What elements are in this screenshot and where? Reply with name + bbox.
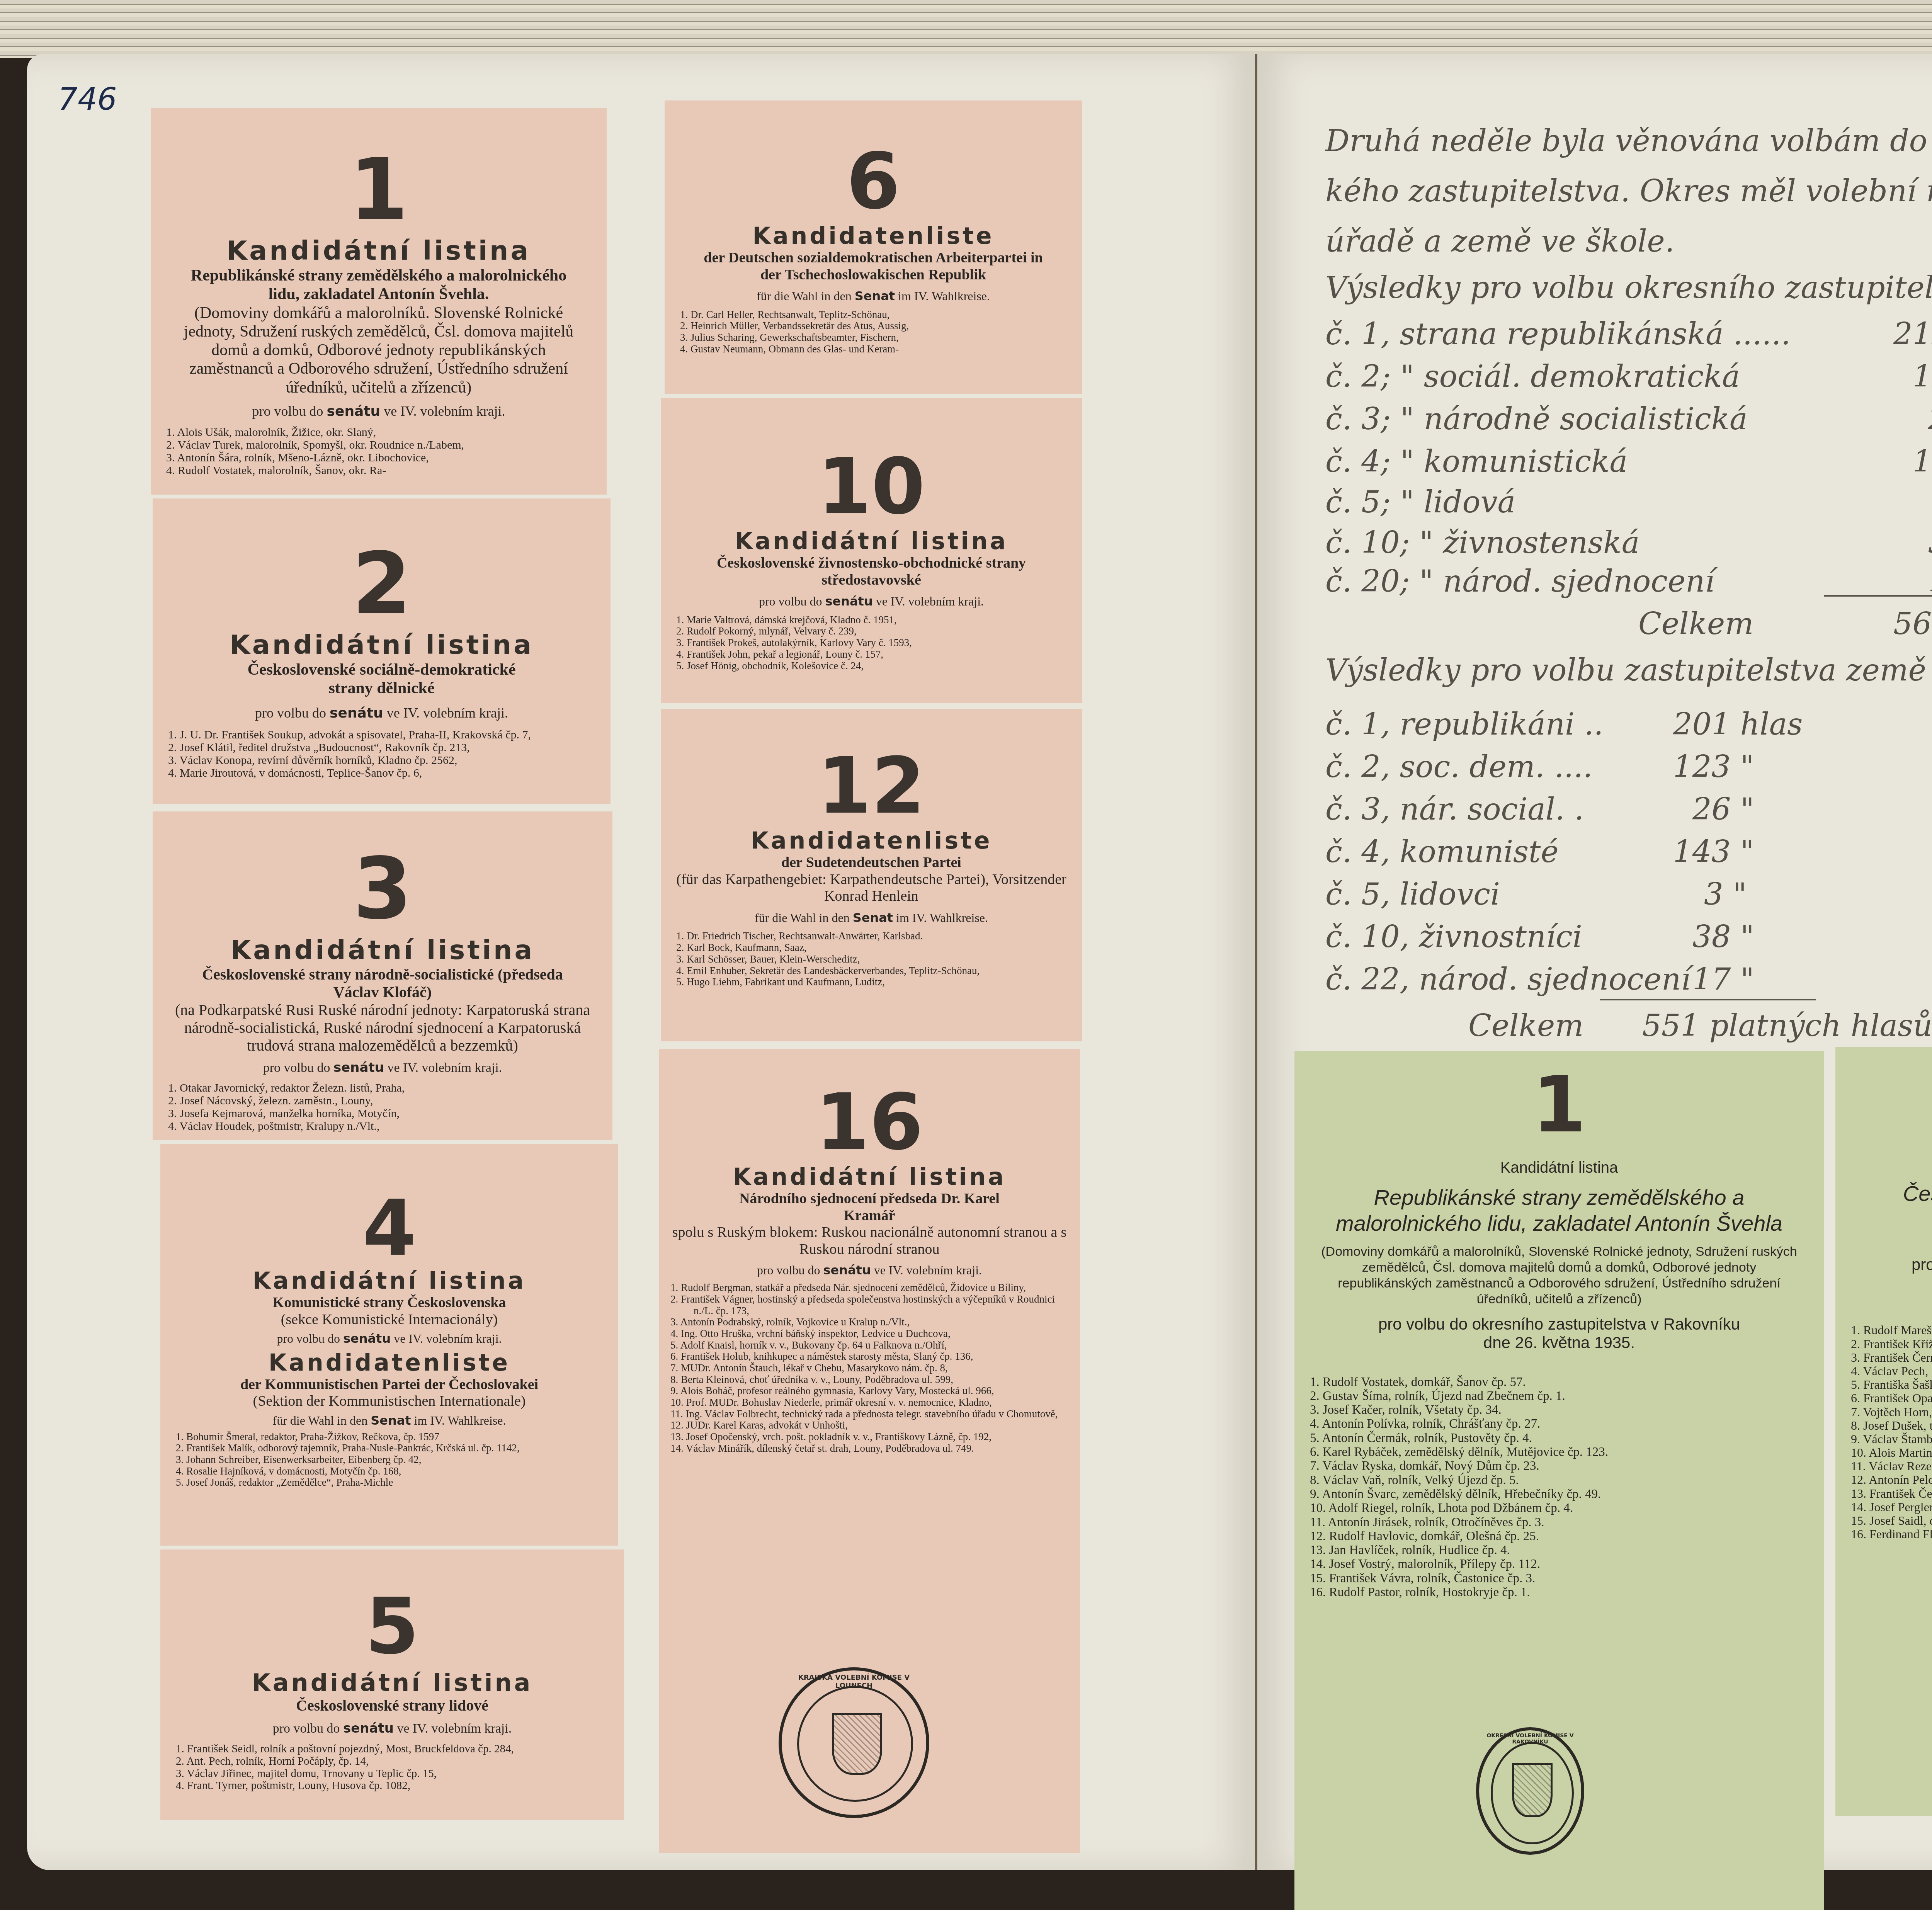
candidate-list: 1. Bohumír Šmeral, redaktor, Praha-Žižko… <box>160 1431 618 1488</box>
candidate: 5. Adolf Knaisl, horník v. v., Bukovany … <box>670 1340 1068 1351</box>
candidate: 4. Rudolf Vostatek, malorolník, Šanov, o… <box>166 464 591 477</box>
stamp-text: KRAJSKÁ VOLEBNÍ KOMISE V LOUNECH <box>782 1674 926 1690</box>
candidate-list: 1. Rudolf Mareš, býv. předseda okr. spr.… <box>1835 1323 1932 1541</box>
election-line: für die Wahl in den Senat im IV. Wahlkre… <box>665 289 1082 303</box>
ballot-heading-german: Kandidatenliste <box>160 1349 618 1376</box>
ballot-number: 1 <box>151 147 607 232</box>
ballot-clipping-10: 10 Kandidátní listina Československé živ… <box>661 398 1082 703</box>
ballot-number: 2 <box>1835 1063 1932 1140</box>
candidate: 6. Karel Rybáček, zemědělský dělník, Mut… <box>1310 1445 1808 1459</box>
party-description: (sekce Komunistické Internacionály) <box>160 1311 618 1328</box>
ballot-number: 5 <box>160 1588 624 1665</box>
candidate: 7. MUDr. Antonín Štauch, lékař v Chebu, … <box>670 1362 1068 1374</box>
candidate: 4. Václav Houdek, poštmistr, Kralupy n./… <box>168 1120 597 1133</box>
ballot-heading: Kandidátní listina <box>160 1267 618 1294</box>
candidate-list: 1. Dr. Friedrich Tischer, Rechtsanwalt-A… <box>661 930 1082 988</box>
election-line: pro volbu do senátu ve IV. volebním kraj… <box>153 705 611 721</box>
candidate: 5. Josef Jonáš, redaktor „Zemědělce“, Pr… <box>176 1477 603 1488</box>
ballot-clipping-2: 2 Kandidátní listina Československé soci… <box>153 498 611 804</box>
election-line: pro volbu do okresního zastupitelstva v … <box>1294 1315 1824 1333</box>
candidate: 5. Josef Hönig, obchodník, Kolešovice č.… <box>676 660 1066 672</box>
party-name: Národního sjednocení předseda Dr. Karel … <box>659 1191 1080 1224</box>
candidate: 8. Berta Kleinová, choť úředníka v. v., … <box>670 1374 1068 1386</box>
candidate: 3. Julius Scharing, Gewerkschaftsbeamter… <box>680 332 1066 344</box>
candidate: 14. Josef Pergler, strojník, Lubná čp. 1… <box>1851 1500 1932 1514</box>
party-name: Republikánské strany zemědělského a malo… <box>1294 1184 1824 1236</box>
candidate: 7. Vojtěch Horn, předseda župního výboru… <box>1851 1405 1932 1419</box>
candidate: 9. Václav Štambach, želez. zřízenec v. v… <box>1851 1432 1932 1446</box>
candidate: 4. Václav Pech, hutník, Hudlice čp. 274. <box>1851 1364 1932 1378</box>
candidate: 3. Josef Kačer, rolník, Všetaty čp. 34. <box>1310 1403 1808 1417</box>
candidate: 4. Rosalie Hajníková, v domácnosti, Moty… <box>176 1466 603 1477</box>
candidate: 1. Rudolf Bergman, statkář a předseda Ná… <box>670 1282 1068 1294</box>
candidate-list: 1. Rudolf Vostatek, domkář, Šanov čp. 57… <box>1294 1375 1824 1600</box>
candidate: 2. Gustav Šíma, rolník, Újezd nad Zbečne… <box>1310 1389 1808 1403</box>
party-name: der Deutschen sozialdemokratischen Arbei… <box>665 250 1082 283</box>
ballot-number: 12 <box>661 748 1082 825</box>
candidate: 3. Karl Schösser, Bauer, Klein-Werschedi… <box>676 954 1066 965</box>
party-description: (na Podkarpatské Rusi Ruské národní jedn… <box>153 1001 612 1054</box>
ballot-number: 16 <box>659 1084 1080 1161</box>
candidate-list: 1. Rudolf Bergman, statkář a předseda Ná… <box>659 1282 1080 1454</box>
ballot-heading: Kandidátní listina <box>1835 1155 1932 1173</box>
candidate: 3. Johann Schreiber, Eisenwerksarbeiter,… <box>176 1454 603 1466</box>
candidate: 4. Ing. Otto Hruška, vrchní báňský inspe… <box>670 1328 1068 1340</box>
candidate: 12. Rudolf Havlovic, domkář, Olešná čp. … <box>1310 1529 1808 1543</box>
candidate: 2. Rudolf Pokorný, mlynář, Velvary č. 23… <box>676 626 1066 637</box>
book-gutter <box>1255 54 1257 1870</box>
election-line: pro volbu do senátu ve IV. volebním kraj… <box>160 1721 624 1737</box>
candidate: 2. František Vágner, hostinský a předsed… <box>670 1294 1068 1316</box>
ballot-number: 10 <box>661 448 1082 526</box>
candidate: 1. Dr. Friedrich Tischer, Rechtsanwalt-A… <box>676 930 1066 942</box>
candidate: 2. Josef Nácovský, železn. zaměstn., Lou… <box>168 1094 597 1107</box>
party-name: Komunistické strany Československa <box>160 1294 618 1311</box>
candidate: 5. Antonín Čermák, rolník, Pustověty čp.… <box>1310 1431 1808 1445</box>
candidate: 1. Alois Ušák, malorolník, Žižice, okr. … <box>166 426 591 439</box>
coat-of-arms-icon <box>832 1713 882 1775</box>
party-name: Československé živnostensko-obchodnické … <box>661 555 1082 588</box>
party-description: (für das Karpathengebiet: Karpathendeuts… <box>661 871 1082 905</box>
ballot-heading: Kandidátní listina <box>1294 1159 1824 1177</box>
election-line: pro volbu do senátu ve IV. volebním kraj… <box>661 594 1082 609</box>
open-ledger-book: 746 747 1 Kandidátní listina Republikáns… <box>0 0 1932 1910</box>
election-line: pro volbu do okresního zastupitelstva v … <box>1835 1255 1932 1274</box>
candidate: 2. František Kříž, truhlářský dělník, Ra… <box>1851 1337 1932 1351</box>
candidate: 16. Ferdinand Fleisner, tajemník, Rakovn… <box>1851 1527 1932 1541</box>
candidate: 3. František Prokeš, autolakýrník, Karlo… <box>676 637 1066 649</box>
candidate: 4. Marie Jiroutová, v domácnosti, Teplic… <box>168 767 595 779</box>
election-line: pro volbu do senátu ve IV. volebním kraj… <box>160 1331 618 1346</box>
candidate: 9. Antonín Švarc, zemědělský dělník, Hře… <box>1310 1487 1808 1501</box>
election-line: pro volbu do senátu ve IV. volebním kraj… <box>151 403 607 420</box>
ballot-clipping-5: 5 Kandidátní listina Československé stra… <box>160 1549 624 1820</box>
candidate: 15. František Vávra, rolník, Častonice č… <box>1310 1572 1808 1585</box>
ballot-number: 6 <box>665 143 1082 220</box>
election-line: pro volbu do senátu ve IV. volebním kraj… <box>659 1263 1080 1277</box>
party-name-german: der Kommunistischen Partei der Čechoslov… <box>160 1376 618 1393</box>
candidate: 16. Rudolf Pastor, rolník, Hostokryje čp… <box>1310 1585 1808 1599</box>
handwritten-intro-line: Druhá neděle byla věnována volbám do okr… <box>1325 124 1932 158</box>
party-description: (Domoviny domkářů a malorolníků. Slovens… <box>151 304 607 397</box>
regional-election-commission-stamp: KRAJSKÁ VOLEBNÍ KOMISE V LOUNECH <box>779 1667 929 1818</box>
ballot-clipping-12: 12 Kandidatenliste der Sudetendeutschen … <box>661 709 1082 1041</box>
left-page-number: 746 <box>58 81 117 117</box>
candidate: 11. Václav Rezek, zedník, Malé Slabce čp… <box>1851 1459 1932 1473</box>
candidate: 10. Adolf Riegel, rolník, Lhota pod Džbá… <box>1310 1501 1808 1515</box>
ballot-clipping-6: 6 Kandidatenliste der Deutschen sozialde… <box>665 100 1082 394</box>
candidate-list: 1. Alois Ušák, malorolník, Žižice, okr. … <box>151 426 607 477</box>
candidate-list: 1. Marie Valtrová, dámská krejčová, Klad… <box>661 614 1082 672</box>
stamp-text: OKRESNÍ VOLEBNÍ KOMISE V RAKOVNÍKU <box>1479 1733 1581 1745</box>
candidate: 3. Josefa Kejmarová, manželka horníka, M… <box>168 1107 597 1120</box>
ballot-heading: Kandidátní listina <box>661 528 1082 555</box>
candidate: 1. František Seidl, rolník a poštovní po… <box>176 1743 609 1755</box>
party-name: Československé sociálně-demokratické str… <box>1835 1180 1932 1232</box>
candidate: 3. Václav Jiřinec, majitel domu, Trnovan… <box>176 1768 609 1780</box>
ballot-heading: Kandidátní listina <box>153 935 612 966</box>
candidate: 11. Antonín Jirásek, rolník, Otročíněves… <box>1310 1515 1808 1529</box>
candidate: 5. Hugo Liehm, Fabrikant und Kaufmann, L… <box>676 976 1066 988</box>
candidate: 2. Ant. Pech, rolník, Horní Počáply, čp.… <box>176 1755 609 1768</box>
ballot-clipping-3: 3 Kandidátní listina Československé stra… <box>153 811 612 1140</box>
candidate: 12. Antonín Pelcman, želez. zřízenec v. … <box>1851 1473 1932 1487</box>
candidate: 3. František Černý, domkář, Krupá čp. 60… <box>1851 1351 1932 1364</box>
handwritten-intro-line: úřadě a země ve škole. <box>1325 224 1675 259</box>
candidate-list: 1. Dr. Carl Heller, Rechtsanwalt, Teplit… <box>665 309 1082 355</box>
candidate: 10. Prof. MUDr. Bohuslav Niederle, primá… <box>670 1397 1068 1408</box>
candidate: 2. Heinrich Müller, Verbandssekretär des… <box>680 320 1066 332</box>
candidate: 14. Josef Vostrý, malorolník, Přílepy čp… <box>1310 1557 1808 1571</box>
candidate: 5. Františka Šašková, soukromnice, Rakov… <box>1851 1378 1932 1391</box>
ballot-number: 2 <box>153 541 611 626</box>
party-description: (Domoviny domkářů a malorolníků, Slovens… <box>1294 1244 1824 1307</box>
candidate: 1. Dr. Carl Heller, Rechtsanwalt, Teplit… <box>680 309 1066 321</box>
election-date: dne 26. května 1935. <box>1835 1274 1932 1293</box>
party-name: Československé strany národně-socialisti… <box>153 966 612 1001</box>
candidate: 2. Josef Klátil, ředitel družstva „Budou… <box>168 741 595 754</box>
district-ballot-clipping-1: 1 Kandidátní listina Republikánské stran… <box>1294 1051 1824 1910</box>
candidate: 7. Václav Ryska, domkář, Nový Dům čp. 23… <box>1310 1459 1808 1473</box>
party-name: Československé sociálně-demokratické str… <box>153 660 611 698</box>
candidate: 8. Josef Dušek, textilní dělník, Roztoky… <box>1851 1419 1932 1432</box>
candidate: 12. JUDr. Karel Karas, advokát v Unhošti… <box>670 1420 1068 1431</box>
candidate: 8. Václav Vaň, rolník, Velký Újezd čp. 5… <box>1310 1473 1808 1487</box>
coat-of-arms-icon <box>1512 1763 1553 1817</box>
candidate: 1. Rudolf Mareš, býv. předseda okr. spr.… <box>1851 1323 1932 1337</box>
candidate: 13. František Černý, kovář, Běleč čp. 67… <box>1851 1487 1932 1500</box>
candidate: 4. Frant. Tyrner, poštmistr, Louny, Huso… <box>176 1780 609 1792</box>
candidate-list: 1. Otakar Javornický, redaktor Železn. l… <box>153 1082 612 1133</box>
ballot-heading: Kandidátní listina <box>153 630 611 660</box>
candidate: 9. Alois Boháč, profesor reálného gymnas… <box>670 1385 1068 1397</box>
candidate-list: 1. J. U. Dr. František Soukup, advokát a… <box>153 728 611 779</box>
party-description: spolu s Ruským blokem: Ruskou nacionálně… <box>659 1224 1080 1258</box>
candidate: 2. Karl Bock, Kaufmann, Saaz, <box>676 942 1066 954</box>
candidate: 11. Ing. Václav Folbrecht, technický rad… <box>670 1408 1068 1420</box>
district-results-title: Výsledky pro volbu okresního zastupitels… <box>1325 270 1932 305</box>
ballot-clipping-1: 1 Kandidátní listina Republikánské stran… <box>151 108 607 495</box>
sum-underline <box>1824 595 1932 597</box>
candidate: 4. Antonín Polívka, rolník, Chrášťany čp… <box>1310 1417 1808 1431</box>
election-line: für die Wahl in den Senat im IV. Wahlkre… <box>661 910 1082 925</box>
ballot-number: 3 <box>153 846 612 931</box>
district-ballot-clipping-2: 2 Kandidátní listina Československé soci… <box>1835 1047 1932 1816</box>
ballot-heading: Kandidátní listina <box>151 236 607 266</box>
candidate: 4. Gustav Neumann, Obmann des Glas- und … <box>680 344 1066 355</box>
candidate: 6. František Opatrný, obuvník, Skryje čp… <box>1851 1391 1932 1405</box>
candidate: 4. Emil Enhuber, Sekretär des Landesbäck… <box>676 965 1066 977</box>
candidate: 1. Marie Valtrová, dámská krejčová, Klad… <box>676 614 1066 626</box>
ballot-number: 4 <box>160 1190 618 1267</box>
ballot-clipping-16: 16 Kandidátní listina Národního sjednoce… <box>659 1049 1080 1853</box>
ballot-heading: Kandidátní listina <box>160 1668 624 1697</box>
candidate: 6. František Holub, knihkupec a náměstek… <box>670 1351 1068 1362</box>
party-name: der Sudetendeutschen Partei <box>661 854 1082 871</box>
party-description-german: (Sektion der Kommunistischen Internation… <box>160 1393 618 1410</box>
election-line-german: für die Wahl in den Senat im IV. Wahlkre… <box>160 1413 618 1428</box>
ballot-heading: Kandidátní listina <box>659 1163 1080 1191</box>
election-line: pro volbu do senátu ve IV. volebním kraj… <box>153 1060 612 1076</box>
party-name: Československé strany lidové <box>160 1697 624 1714</box>
candidate: 1. Otakar Javornický, redaktor Železn. l… <box>168 1082 597 1094</box>
land-results-title: Výsledky pro volbu zastupitelstva země Č… <box>1325 653 1932 688</box>
candidate: 3. Antonín Šára, rolník, Mšeno-Lázně, ok… <box>166 451 591 464</box>
candidate-list: 1. František Seidl, rolník a poštovní po… <box>160 1743 624 1793</box>
candidate: 14. Václav Minářík, dílenský četař st. d… <box>670 1443 1068 1454</box>
candidate: 1. J. U. Dr. František Soukup, advokát a… <box>168 728 595 741</box>
ballot-clipping-4: 4 Kandidátní listina Komunistické strany… <box>160 1144 618 1546</box>
district-election-commission-stamp: OKRESNÍ VOLEBNÍ KOMISE V RAKOVNÍKU <box>1476 1727 1584 1855</box>
election-date: dne 26. května 1935. <box>1294 1333 1824 1352</box>
candidate: 2. František Malík, odborový tajemník, P… <box>176 1442 603 1454</box>
candidate: 3. Václav Konopa, revírní důvěrník horní… <box>168 754 595 767</box>
party-name: Republikánské strany zemědělského a malo… <box>151 266 607 304</box>
handwritten-intro-line: kého zastupitelstva. Okres měl volební m… <box>1325 174 1932 209</box>
candidate: 2. Václav Turek, malorolník, Spomyšl, ok… <box>166 439 591 451</box>
ballot-heading: Kandidatenliste <box>661 827 1082 854</box>
ballot-heading: Kandidatenliste <box>665 223 1082 250</box>
page-edges-top <box>0 0 1932 58</box>
candidate: 13. Josef Opočenský, vrch. pošt. pokladn… <box>670 1431 1068 1443</box>
candidate: 3. Antonín Podrabský, rolník, Vojkovice … <box>670 1316 1068 1328</box>
candidate: 13. Jan Havlíček, rolník, Hudlice čp. 4. <box>1310 1543 1808 1557</box>
candidate: 10. Alois Martinovský, hutník v. v., Nov… <box>1851 1446 1932 1459</box>
sum-underline <box>1600 999 1816 1000</box>
candidate: 1. Bohumír Šmeral, redaktor, Praha-Žižko… <box>176 1431 603 1443</box>
candidate: 15. Josef Saidl, dělník, Broumy čp. 171. <box>1851 1514 1932 1527</box>
candidate: 1. Rudolf Vostatek, domkář, Šanov čp. 57… <box>1310 1375 1808 1389</box>
ballot-number: 1 <box>1294 1066 1824 1144</box>
candidate: 4. František John, pekař a legionář, Lou… <box>676 649 1066 660</box>
